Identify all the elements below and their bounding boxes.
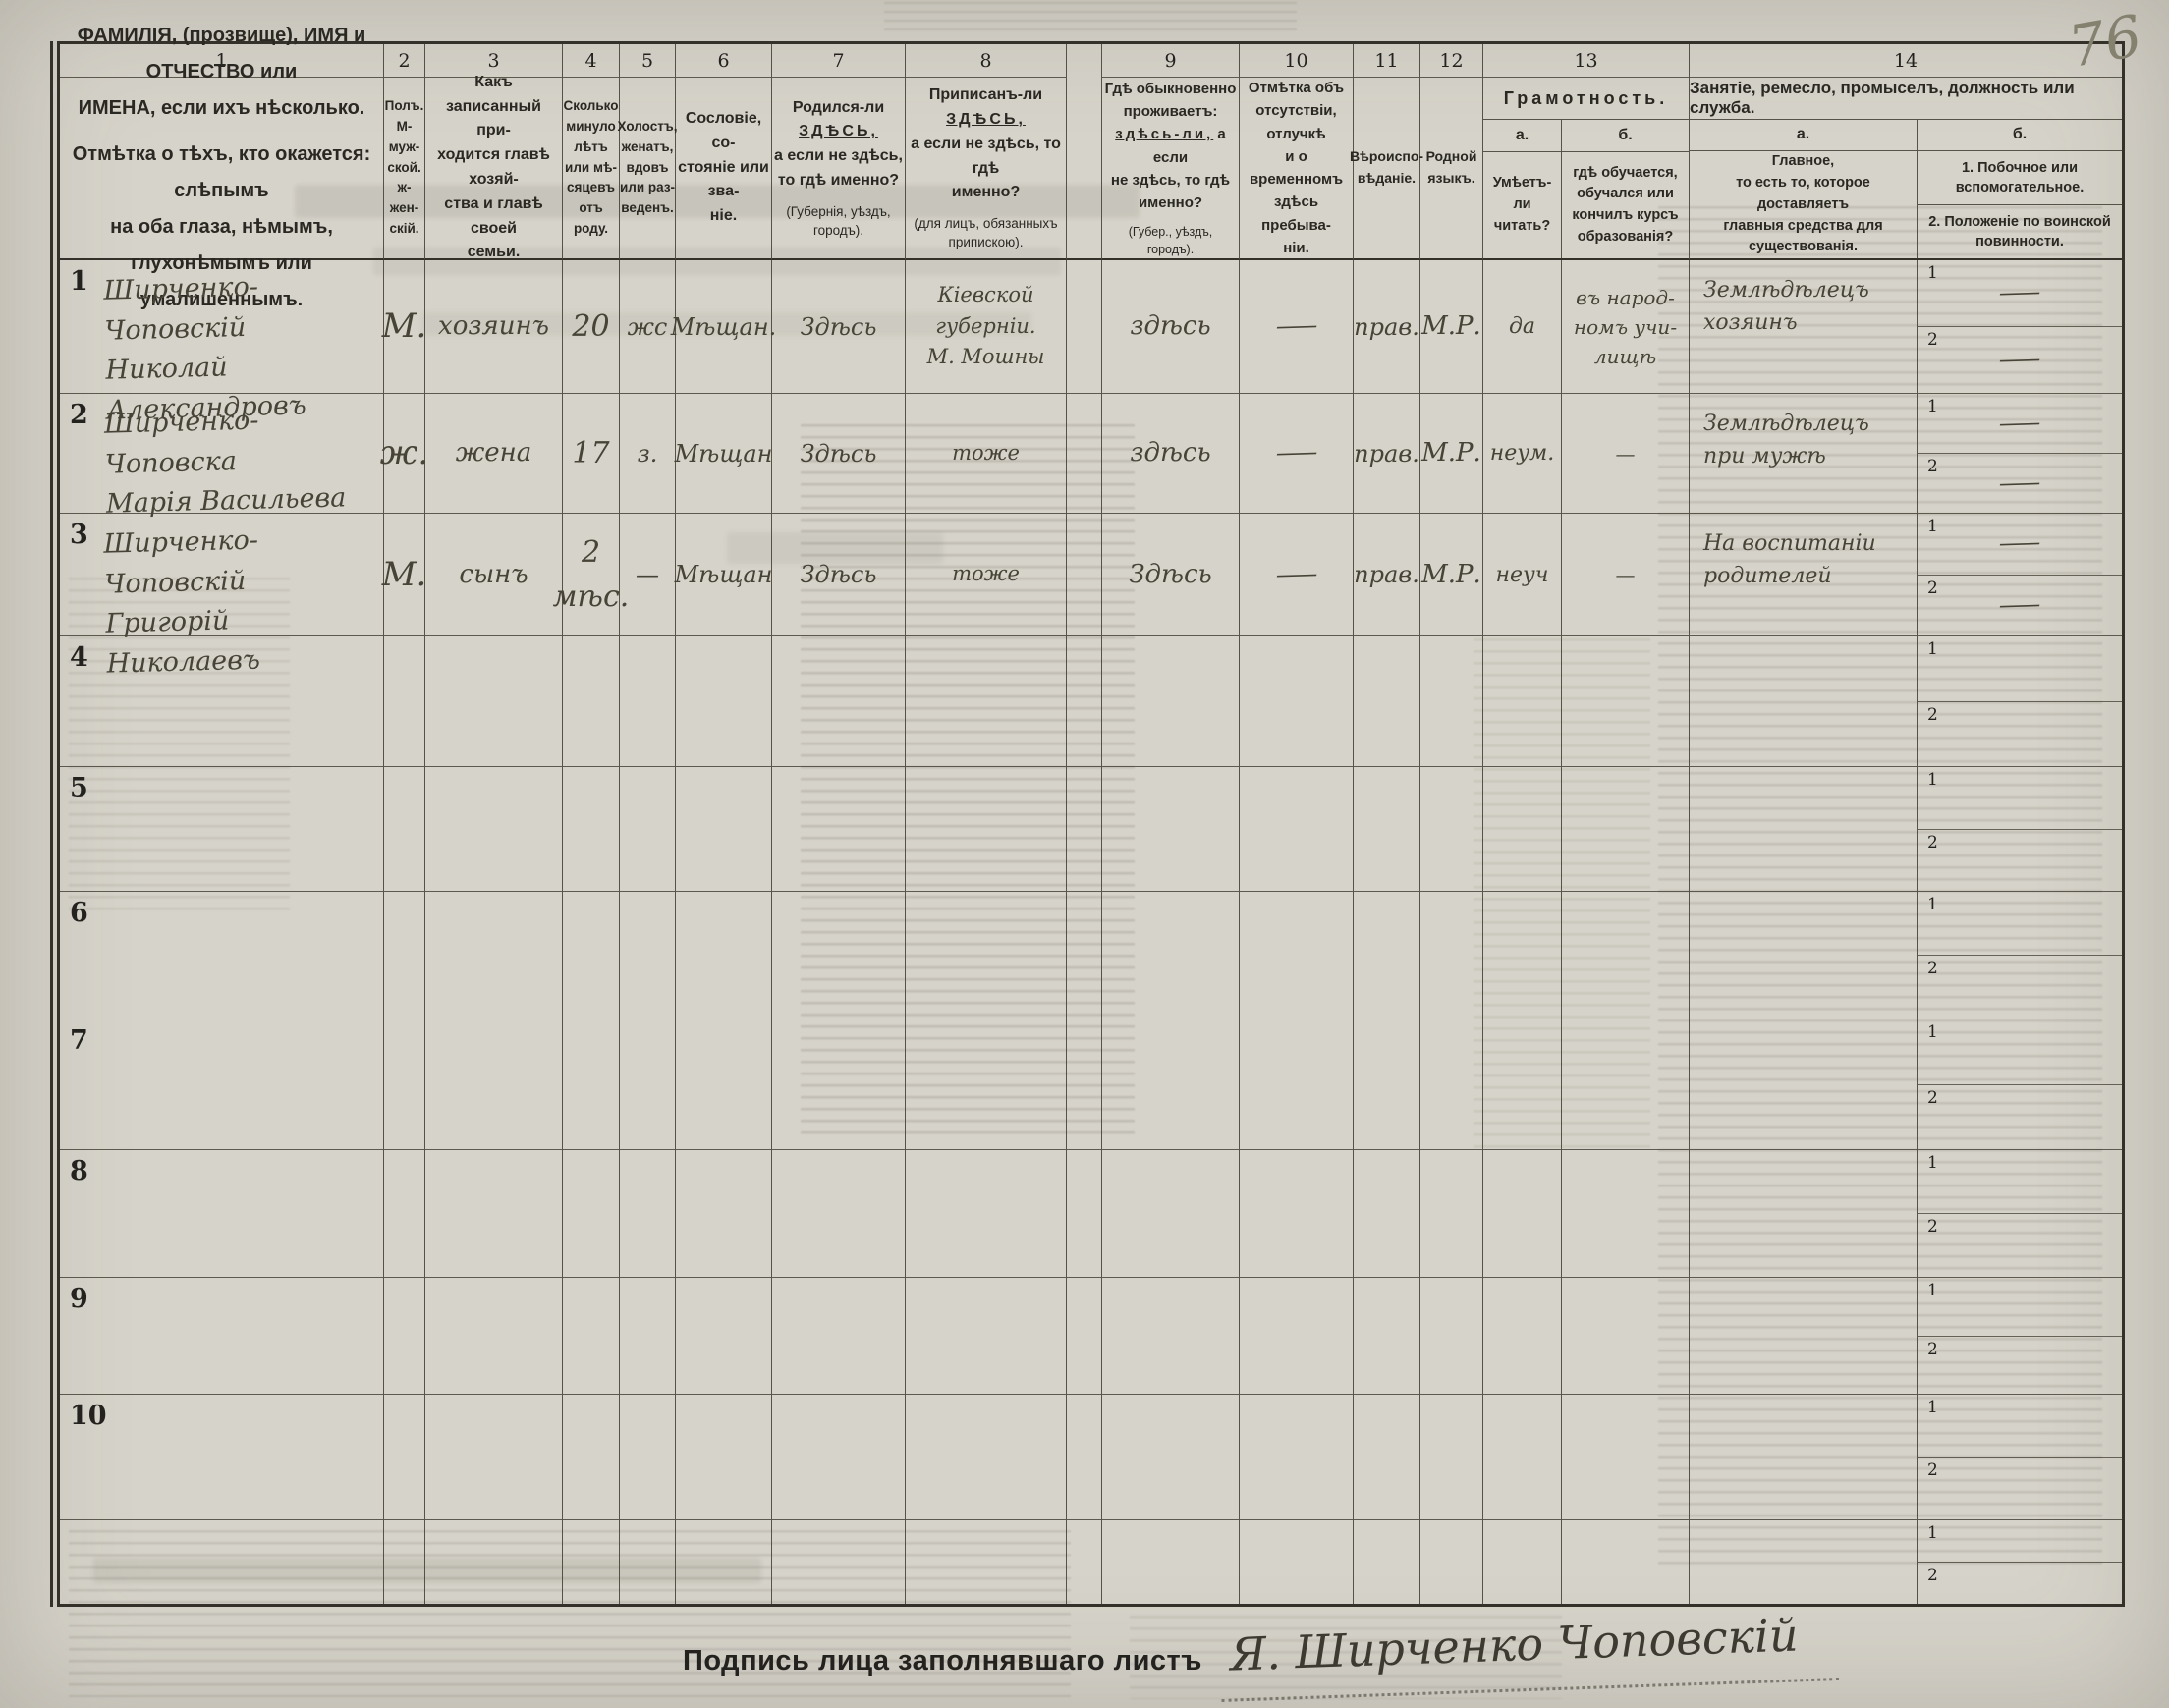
cell-name: 7 xyxy=(60,1019,384,1150)
cell-occupation-main xyxy=(1690,1019,1918,1150)
cell-registered-here xyxy=(906,1150,1067,1278)
cell-literacy-school xyxy=(1562,1019,1690,1150)
cell-occupation-main: На воспитаніи родителей xyxy=(1690,514,1918,636)
header-col1-line1: ФАМИЛІЯ, (прозвище), ИМЯ и ОТЧЕСТВО или … xyxy=(66,18,377,127)
entry-born: Здѣсь xyxy=(801,557,877,592)
header-col-residence: Гдѣ обыкновенно проживаетъ: здѣсь-ли, а … xyxy=(1102,78,1240,260)
cell-born-here xyxy=(772,1520,906,1604)
header-col-registered: Приписанъ-ли ЗДѢСЬ, а если не здѣсь, то … xyxy=(906,78,1067,260)
cell-registered-here xyxy=(906,1520,1067,1604)
side-occupation-1: 1 xyxy=(1918,1019,2122,1085)
row-number: 1 xyxy=(70,266,88,297)
census-table: 1 2 3 4 5 6 7 8 9 10 11 12 13 14 ФАМИЛІЯ… xyxy=(57,41,2125,1607)
cell-absence-note xyxy=(1240,1150,1354,1278)
side-occupation-1: 1 xyxy=(1918,1395,2122,1458)
cell-occupation-side: 1 2 xyxy=(1918,636,2122,767)
sheet-number-note: 76 xyxy=(2064,2,2146,81)
cell-literacy-reads: да xyxy=(1483,260,1562,394)
cell-native-language xyxy=(1420,636,1483,767)
cell-relation: сынъ xyxy=(425,514,563,636)
cell-occupation-main: Землѣдѣлецъ хозяинъ xyxy=(1690,260,1918,394)
fold-gap xyxy=(1067,636,1102,767)
cell-sex xyxy=(384,1150,425,1278)
entry-absence: — xyxy=(1273,306,1320,346)
cell-literacy-reads xyxy=(1483,636,1562,767)
cell-sex xyxy=(384,767,425,892)
underlined-here: здѣсь-ли, xyxy=(1115,126,1213,142)
cell-estate: Мѣщан. xyxy=(676,260,772,394)
cell-estate xyxy=(676,1520,772,1604)
cell-absence-note xyxy=(1240,1520,1354,1604)
entry-sex: М. xyxy=(382,302,427,352)
cell-religion xyxy=(1354,1019,1420,1150)
cell-marital xyxy=(620,636,676,767)
printed-sub-number: 1 xyxy=(1927,1281,1938,1300)
side-occupation-2: 2 — xyxy=(1918,576,2122,636)
cell-occupation-side: 1 2 xyxy=(1918,1520,2122,1604)
entry-age: 20 xyxy=(572,304,609,349)
row-number: 5 xyxy=(70,773,88,803)
cell-name: 8 xyxy=(60,1150,384,1278)
occupation-title: Занятіе, ремесло, промыселъ, должность и… xyxy=(1690,78,2122,120)
entry-relation: жена xyxy=(456,434,532,472)
cell-age xyxy=(563,1150,620,1278)
side-occupation-2: 2 xyxy=(1918,702,2122,767)
fold-gap xyxy=(1067,78,1102,260)
side-occupation-2: 2 — xyxy=(1918,454,2122,513)
entry-side1: — xyxy=(1996,273,2043,312)
cell-absence-note: — xyxy=(1240,260,1354,394)
occupation-b-label: б. xyxy=(1918,120,2122,151)
side-occupation-2: 2 xyxy=(1918,956,2122,1019)
cell-occupation-side: 1 — 2 — xyxy=(1918,514,2122,636)
entry-sex: М. xyxy=(382,550,427,600)
fold-gap xyxy=(1067,1150,1102,1278)
side-occupation-2: 2 xyxy=(1918,1563,2122,1604)
column-number: 4 xyxy=(563,44,620,78)
header-col7-text: Родился-ли ЗДѢСЬ, xyxy=(774,96,903,145)
printed-sub-number: 1 xyxy=(1927,1153,1938,1173)
cell-name: 9 xyxy=(60,1278,384,1395)
side-occupation-1: 1 — xyxy=(1918,260,2122,327)
entry-absence: — xyxy=(1273,433,1320,472)
table-row: 6 1 2 xyxy=(60,892,2122,1019)
entry-side1: — xyxy=(1996,524,2043,564)
cell-occupation-side: 1 2 xyxy=(1918,767,2122,892)
cell-marital xyxy=(620,1150,676,1278)
cell-absence-note: — xyxy=(1240,514,1354,636)
cell-estate xyxy=(676,1150,772,1278)
cell-age xyxy=(563,1395,620,1520)
cell-literacy-school xyxy=(1562,1150,1690,1278)
header-col-name: ФАМИЛІЯ, (прозвище), ИМЯ и ОТЧЕСТВО или … xyxy=(60,78,384,260)
cell-literacy-school: — xyxy=(1562,514,1690,636)
fold-gap xyxy=(1067,892,1102,1019)
column-number: 8 xyxy=(906,44,1067,78)
printed-sub-number: 2 xyxy=(1927,330,1938,350)
signature-area: Подпись лица заполнявшаго листъ Я. Ширче… xyxy=(683,1611,1838,1678)
side-occupation-1: 1 xyxy=(1918,636,2122,702)
printed-sub-number: 1 xyxy=(1927,770,1938,790)
cell-registered-here: Кіевской губерніи. М. Мошны xyxy=(906,260,1067,394)
cell-name: 10 xyxy=(60,1395,384,1520)
occupation-a-label: а. xyxy=(1690,120,1918,151)
entry-religion: прав. xyxy=(1354,309,1419,345)
entry-occupation: На воспитаніи родителей xyxy=(1703,527,1876,592)
cell-absence-note xyxy=(1240,892,1354,1019)
cell-literacy-school xyxy=(1562,1395,1690,1520)
entry-registered: тоже xyxy=(952,559,1020,590)
cell-born-here xyxy=(772,767,906,892)
cell-residence: Здѣсь xyxy=(1102,514,1240,636)
cell-occupation-side: 1 2 xyxy=(1918,1150,2122,1278)
column-number: 10 xyxy=(1240,44,1354,78)
printed-sub-number: 1 xyxy=(1927,1022,1938,1042)
cell-sex xyxy=(384,1395,425,1520)
cell-native-language: М.Р. xyxy=(1420,514,1483,636)
column-number: 14 xyxy=(1690,44,2122,78)
cell-born-here xyxy=(772,1278,906,1395)
header-col-absence: Отмѣтка объ отсутствіи, отлучкѣ и о врем… xyxy=(1240,78,1354,260)
entry-residence: здѣсь xyxy=(1130,307,1210,346)
literacy-a-label: а. xyxy=(1483,120,1562,151)
cell-native-language xyxy=(1420,1019,1483,1150)
cell-relation xyxy=(425,767,563,892)
cell-estate xyxy=(676,1278,772,1395)
entry-reads: неуч xyxy=(1496,559,1549,591)
cell-literacy-reads xyxy=(1483,767,1562,892)
occupation-b2-text: 2. Положеніе по воинской повинности. xyxy=(1918,205,2122,258)
cell-residence xyxy=(1102,767,1240,892)
cell-sex: ж. xyxy=(384,394,425,514)
cell-registered-here xyxy=(906,1395,1067,1520)
cell-literacy-reads: неум. xyxy=(1483,394,1562,514)
cell-native-language xyxy=(1420,1520,1483,1604)
cell-literacy-reads xyxy=(1483,1278,1562,1395)
signature-label: Подпись лица заполнявшаго листъ xyxy=(683,1645,1202,1678)
fold-gap xyxy=(1067,514,1102,636)
cell-born-here xyxy=(772,892,906,1019)
column-number: 2 xyxy=(384,44,425,78)
cell-registered-here: тоже xyxy=(906,394,1067,514)
entry-estate: Мѣщан xyxy=(675,557,773,592)
header-col8-text: Приписанъ-ли ЗДѢСЬ, xyxy=(908,83,1064,133)
cell-occupation-main xyxy=(1690,636,1918,767)
fold-gap xyxy=(1067,394,1102,514)
header-col-born: Родился-ли ЗДѢСЬ, а если не здѣсь, то гд… xyxy=(772,78,906,260)
cell-marital xyxy=(620,1395,676,1520)
printed-sub-number: 2 xyxy=(1927,1460,1938,1480)
printed-sub-number: 2 xyxy=(1927,705,1938,725)
header-col-occupation: Занятіе, ремесло, промыселъ, должность и… xyxy=(1690,78,2122,260)
cell-religion xyxy=(1354,1395,1420,1520)
cell-literacy-school: — xyxy=(1562,394,1690,514)
side-occupation-2: 2 xyxy=(1918,1458,2122,1519)
cell-relation xyxy=(425,636,563,767)
column-number: 7 xyxy=(772,44,906,78)
entry-marital: жс xyxy=(628,309,668,345)
entry-name xyxy=(105,771,383,778)
column-number: 6 xyxy=(676,44,772,78)
entry-name xyxy=(105,1154,383,1161)
cell-occupation-main xyxy=(1690,1150,1918,1278)
cell-occupation-side: 1 — 2 — xyxy=(1918,260,2122,394)
entry-relation: сынъ xyxy=(459,556,528,594)
cell-occupation-main xyxy=(1690,892,1918,1019)
cell-age xyxy=(563,1019,620,1150)
cell-age xyxy=(563,636,620,767)
entry-marital: з. xyxy=(638,436,658,471)
cell-religion: прав. xyxy=(1354,394,1420,514)
cell-marital xyxy=(620,892,676,1019)
cell-literacy-reads: неуч xyxy=(1483,514,1562,636)
literacy-b-label: б. xyxy=(1562,120,1689,151)
side-occupation-1: 1 — xyxy=(1918,514,2122,576)
entry-school: въ народ- номъ учи- лищѣ xyxy=(1574,283,1677,371)
cell-name xyxy=(60,1520,384,1604)
entry-residence: Здѣсь xyxy=(1129,556,1211,594)
side-occupation-1: 1 xyxy=(1918,1520,2122,1563)
printed-sub-number: 1 xyxy=(1927,263,1938,283)
cell-age xyxy=(563,767,620,892)
cell-registered-here: тоже xyxy=(906,514,1067,636)
cell-relation xyxy=(425,1520,563,1604)
cell-sex xyxy=(384,636,425,767)
cell-registered-here xyxy=(906,1278,1067,1395)
entry-name: Ширченко-Чоповска Марія Васильева xyxy=(103,398,384,524)
entry-registered: тоже xyxy=(952,438,1020,469)
cell-absence-note xyxy=(1240,767,1354,892)
occupation-b1-text: 1. Побочное или вспомогательное. xyxy=(1918,151,2122,205)
row-number: 9 xyxy=(70,1284,88,1314)
cell-marital xyxy=(620,1278,676,1395)
cell-residence xyxy=(1102,1520,1240,1604)
side-occupation-2: 2 — xyxy=(1918,327,2122,393)
cell-literacy-school xyxy=(1562,1520,1690,1604)
cell-religion xyxy=(1354,1150,1420,1278)
fold-gap xyxy=(1067,260,1102,394)
table-row: 2 Ширченко-Чоповска Марія Васильева ж. ж… xyxy=(60,394,2122,514)
side-occupation-2: 2 xyxy=(1918,1085,2122,1150)
side-occupation-2: 2 xyxy=(1918,1337,2122,1395)
column-number: 12 xyxy=(1420,44,1483,78)
printed-sub-number: 2 xyxy=(1927,833,1938,853)
cell-religion xyxy=(1354,1520,1420,1604)
cell-occupation-main xyxy=(1690,1278,1918,1395)
cell-relation: жена xyxy=(425,394,563,514)
cell-sex xyxy=(384,1019,425,1150)
side-occupation-1: 1 xyxy=(1918,767,2122,830)
cell-literacy-school xyxy=(1562,636,1690,767)
printed-sub-number: 2 xyxy=(1927,959,1938,978)
entry-age: 2 мѣс. xyxy=(553,530,630,619)
cell-relation xyxy=(425,1019,563,1150)
cell-name: 3 Ширченко-Чоповскій Григорій Николаевъ xyxy=(60,514,384,636)
underlined-here: ЗДѢСЬ, xyxy=(946,111,1026,128)
entry-name xyxy=(105,1282,383,1289)
side-occupation-1: 1 xyxy=(1918,892,2122,956)
entry-language: М.Р. xyxy=(1421,307,1481,346)
table-row: 10 1 2 xyxy=(60,1395,2122,1520)
table-row: 1 Ширченко-Чоповскій Николай Александров… xyxy=(60,260,2122,394)
cell-religion xyxy=(1354,767,1420,892)
entry-language: М.Р. xyxy=(1421,556,1481,594)
cell-born-here: Здѣсь xyxy=(772,260,906,394)
cell-born-here xyxy=(772,1395,906,1520)
cell-literacy-reads xyxy=(1483,1520,1562,1604)
entry-side2: — xyxy=(1996,585,2043,625)
side-occupation-2: 2 xyxy=(1918,830,2122,892)
cell-residence xyxy=(1102,1150,1240,1278)
cell-age xyxy=(563,1520,620,1604)
column-number: 11 xyxy=(1354,44,1420,78)
entry-born: Здѣсь xyxy=(801,309,877,345)
cell-age: 2 мѣс. xyxy=(563,514,620,636)
entry-school: — xyxy=(1616,439,1636,468)
cell-sex: М. xyxy=(384,260,425,394)
occupation-a-text: Главное, то есть то, которое доставляетъ… xyxy=(1690,151,1918,258)
cell-sex: М. xyxy=(384,514,425,636)
cell-religion xyxy=(1354,892,1420,1019)
entry-born: Здѣсь xyxy=(801,436,877,471)
cell-absence-note xyxy=(1240,1278,1354,1395)
header-col-marital: Холостъ, женатъ, вдовъ или раз- веденъ. xyxy=(620,78,676,260)
cell-age: 20 xyxy=(563,260,620,394)
row-number: 10 xyxy=(70,1401,107,1431)
side-occupation-2: 2 xyxy=(1918,1214,2122,1277)
cell-occupation-side: 1 2 xyxy=(1918,1019,2122,1150)
entry-sex: ж. xyxy=(380,428,428,478)
header-col9-note: (Губер., уѣздъ, городъ). xyxy=(1104,224,1237,258)
table-row: 4 1 2 xyxy=(60,636,2122,767)
entry-name xyxy=(105,640,383,647)
entry-marital: — xyxy=(636,557,659,592)
cell-occupation-main xyxy=(1690,1520,1918,1604)
header-col8-mid: а если не здѣсь, то гдѣ именно? xyxy=(908,133,1064,205)
underlined-here: ЗДѢСЬ, xyxy=(799,123,878,139)
cell-occupation-side: 1 — 2 — xyxy=(1918,394,2122,514)
row-number: 3 xyxy=(70,520,88,550)
cell-residence xyxy=(1102,1395,1240,1520)
header-col7-mid: а если не здѣсь, то гдѣ именно? xyxy=(774,144,903,193)
entry-estate: Мѣщан xyxy=(675,436,773,471)
cell-age: 17 xyxy=(563,394,620,514)
printed-sub-number: 2 xyxy=(1927,1217,1938,1237)
cell-age xyxy=(563,892,620,1019)
bleedthrough-block xyxy=(884,2,1297,35)
cell-born-here: Здѣсь xyxy=(772,394,906,514)
fold-gap xyxy=(1067,1278,1102,1395)
cell-native-language xyxy=(1420,767,1483,892)
header-col-relation: Какъ записанный при- ходится главѣ хозяй… xyxy=(425,78,563,260)
entry-language: М.Р. xyxy=(1421,434,1481,472)
printed-sub-number: 1 xyxy=(1927,639,1938,659)
entry-name xyxy=(105,1023,383,1030)
cell-sex xyxy=(384,892,425,1019)
fold-gap xyxy=(1067,767,1102,892)
table-row: 5 1 2 xyxy=(60,767,2122,892)
printed-sub-number: 1 xyxy=(1927,1523,1938,1543)
cell-born-here xyxy=(772,1019,906,1150)
cell-registered-here xyxy=(906,636,1067,767)
cell-religion xyxy=(1354,1278,1420,1395)
entry-occupation: Землѣдѣлецъ при мужѣ xyxy=(1703,408,1869,472)
fold-gap xyxy=(1067,1520,1102,1604)
table-row: 8 1 2 xyxy=(60,1150,2122,1278)
cell-absence-note: — xyxy=(1240,394,1354,514)
cell-native-language: М.Р. xyxy=(1420,394,1483,514)
row-number: 6 xyxy=(70,898,88,928)
cell-marital xyxy=(620,1520,676,1604)
cell-estate xyxy=(676,892,772,1019)
entry-absence: — xyxy=(1273,555,1320,594)
cell-name: 2 Ширченко-Чоповска Марія Васильева xyxy=(60,394,384,514)
printed-sub-number: 1 xyxy=(1927,397,1938,416)
table-row: 3 Ширченко-Чоповскій Григорій Николаевъ … xyxy=(60,514,2122,636)
entry-name xyxy=(105,896,383,903)
header-col9-text: Гдѣ обыкновенно проживаетъ: здѣсь-ли, а … xyxy=(1104,78,1237,215)
cell-occupation-main xyxy=(1690,1395,1918,1520)
cell-registered-here xyxy=(906,892,1067,1019)
entry-reads: да xyxy=(1509,310,1535,343)
signature-handwriting: Я. Ширченко Чоповскій xyxy=(1219,1600,1839,1702)
cell-literacy-reads xyxy=(1483,1019,1562,1150)
cell-residence: здѣсь xyxy=(1102,260,1240,394)
cell-native-language: М.Р. xyxy=(1420,260,1483,394)
cell-literacy-school xyxy=(1562,892,1690,1019)
cell-estate: Мѣщан xyxy=(676,514,772,636)
entry-side2: — xyxy=(1996,464,2043,503)
entry-age: 17 xyxy=(572,431,609,475)
entry-side1: — xyxy=(1996,404,2043,443)
side-occupation-1: 1 xyxy=(1918,1150,2122,1214)
cell-residence: здѣсь xyxy=(1102,394,1240,514)
cell-marital: з. xyxy=(620,394,676,514)
entry-religion: прав. xyxy=(1354,436,1419,471)
cell-relation xyxy=(425,1150,563,1278)
printed-sub-number: 1 xyxy=(1927,895,1938,914)
header-col-sex: Полъ. М-муж- ской. ж-жен- скій. xyxy=(384,78,425,260)
entry-estate: Мѣщан. xyxy=(671,309,777,345)
cell-registered-here xyxy=(906,1019,1067,1150)
cell-estate xyxy=(676,1019,772,1150)
header-col-religion: Вѣроиспо- вѣданіе. xyxy=(1354,78,1420,260)
cell-relation xyxy=(425,1278,563,1395)
cell-religion xyxy=(1354,636,1420,767)
cell-residence xyxy=(1102,892,1240,1019)
occupation-b-texts: 1. Побочное или вспомогательное. 2. Поло… xyxy=(1918,151,2122,258)
entry-religion: прав. xyxy=(1354,557,1419,592)
cell-occupation-side: 1 2 xyxy=(1918,892,2122,1019)
cell-name: 5 xyxy=(60,767,384,892)
cell-estate xyxy=(676,636,772,767)
side-occupation-1: 1 — xyxy=(1918,394,2122,454)
cell-age xyxy=(563,1278,620,1395)
cell-occupation-main xyxy=(1690,767,1918,892)
entry-registered: Кіевской губерніи. М. Мошны xyxy=(927,280,1045,373)
cell-religion: прав. xyxy=(1354,260,1420,394)
entry-side2: — xyxy=(1996,340,2043,379)
cell-literacy-school: въ народ- номъ учи- лищѣ xyxy=(1562,260,1690,394)
cell-born-here xyxy=(772,1150,906,1278)
cell-absence-note xyxy=(1240,1395,1354,1520)
cell-absence-note xyxy=(1240,1019,1354,1150)
column-number: 9 xyxy=(1102,44,1240,78)
row-number: 2 xyxy=(70,400,88,430)
table-body: 1 Ширченко-Чоповскій Николай Александров… xyxy=(60,260,2122,1604)
fold-gap xyxy=(1067,1395,1102,1520)
cell-marital: — xyxy=(620,514,676,636)
